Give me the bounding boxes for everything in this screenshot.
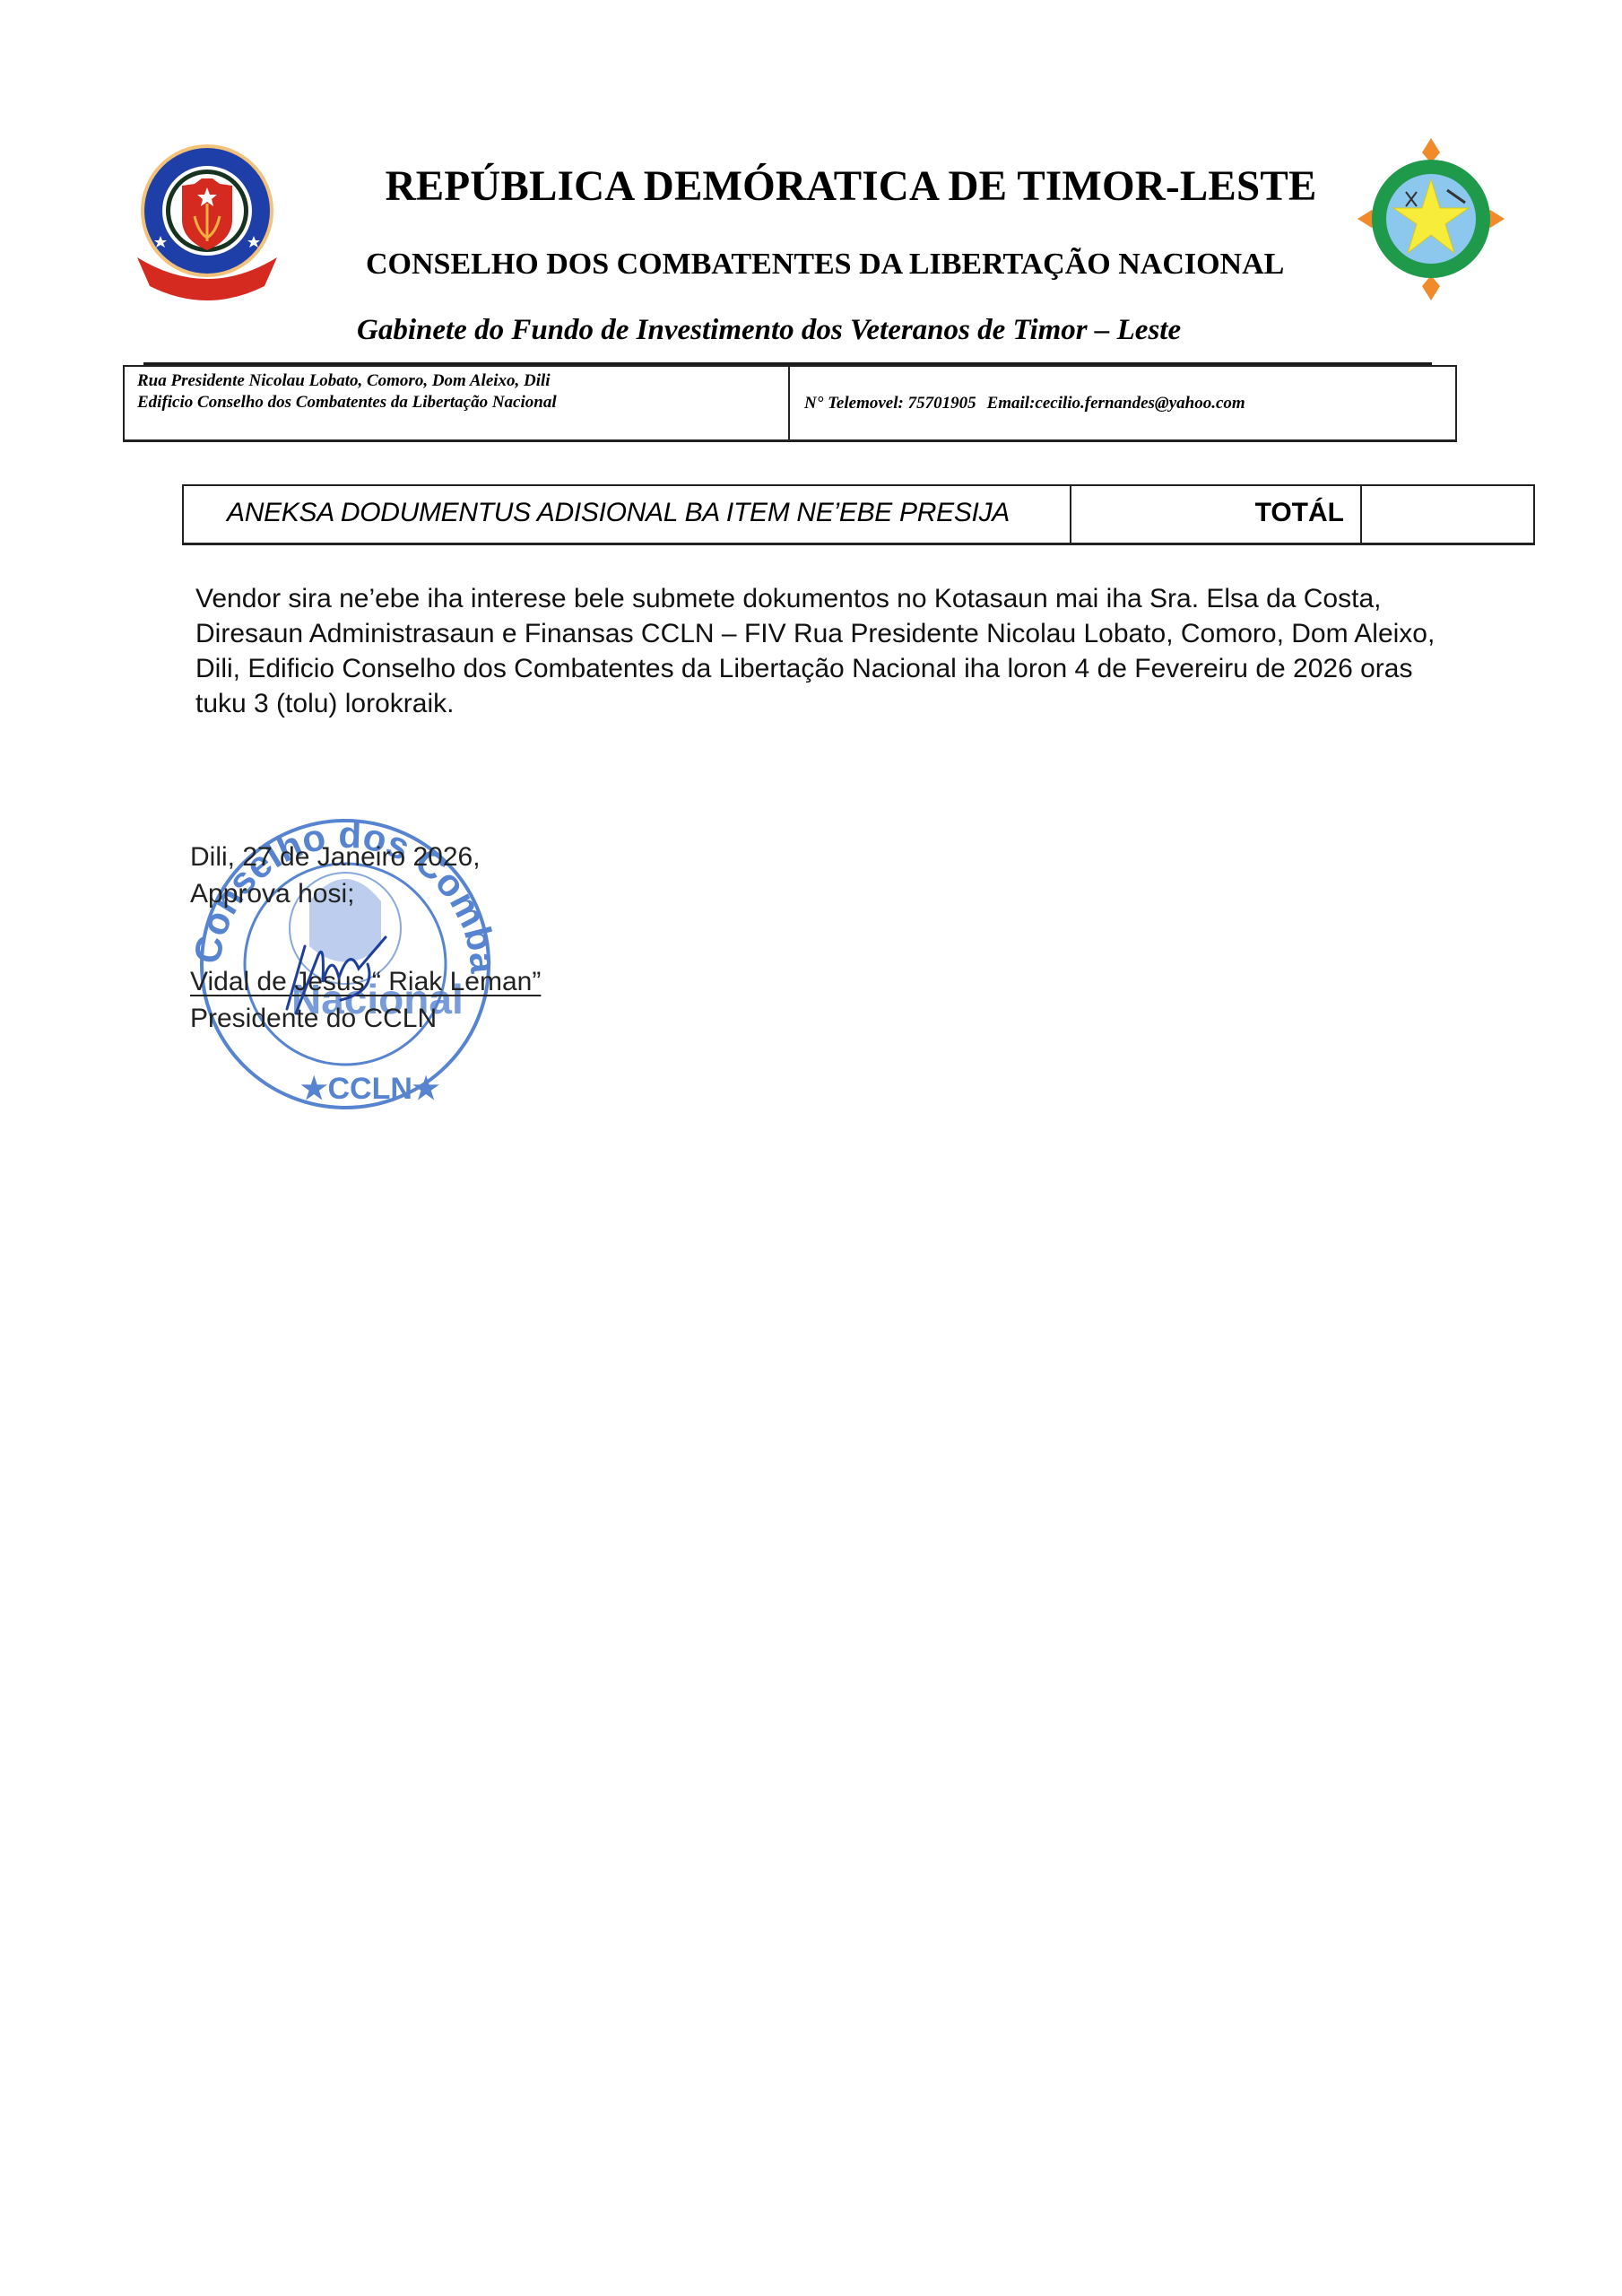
contact-table: Rua Presidente Nicolau Lobato, Comoro, D…: [123, 365, 1457, 442]
total-value: [1362, 486, 1533, 543]
address-line-2: Edificio Conselho dos Combatentes da Lib…: [137, 392, 788, 413]
annex-table: ANEKSA DODUMENTUS ADISIONAL BA ITEM NE’E…: [182, 484, 1535, 545]
address-line-1: Rua Presidente Nicolau Lobato, Comoro, D…: [137, 370, 788, 392]
email-text: Email:cecilio.fernandes@yahoo.com: [987, 394, 1245, 413]
office-title: Gabinete do Fundo de Investimento dos Ve…: [357, 314, 1181, 347]
place-date: Dili, 27 de Janeiro 2026,: [190, 839, 541, 875]
handwritten-signature-icon: [269, 928, 403, 1018]
body-paragraph: Vendor sira ne’ebe iha interese bele sub…: [195, 581, 1469, 721]
annex-title: ANEKSA DODUMENTUS ADISIONAL BA ITEM NE’E…: [184, 486, 1071, 543]
contact-cell: N° Telemovel: 75701905Email:cecilio.fern…: [790, 367, 1455, 439]
veterans-fund-emblem-icon: [1354, 136, 1508, 302]
approved-by-label: Approva hosi;: [190, 875, 541, 912]
svg-text:★CCLN★: ★CCLN★: [300, 1072, 439, 1106]
total-label: TOTÁL: [1071, 486, 1362, 543]
address-cell: Rua Presidente Nicolau Lobato, Comoro, D…: [125, 367, 790, 439]
council-title: CONSELHO DOS COMBATENTES DA LIBERTAÇÃO N…: [366, 248, 1284, 282]
phone-text: N° Telemovel: 75701905: [804, 394, 976, 413]
